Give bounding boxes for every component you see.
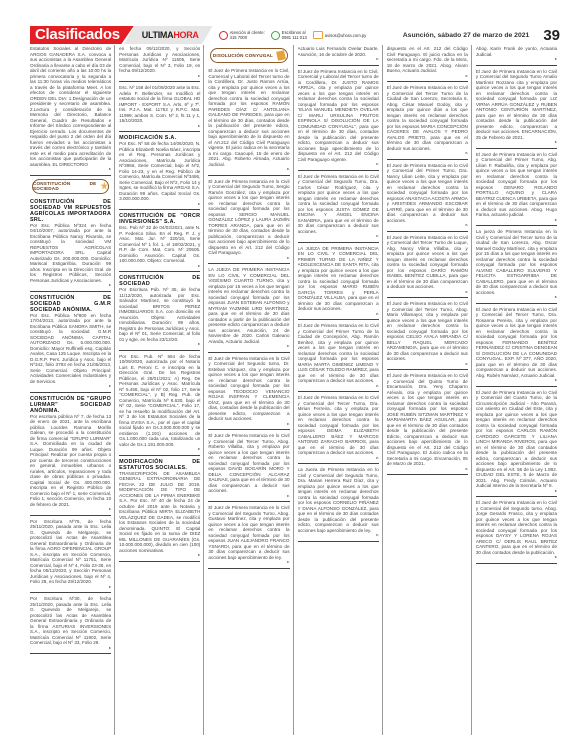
notice-body: El Juez de Primera Instancia en lo Civil…: [298, 174, 379, 235]
classifieds-columns: Estatutos Sociales al Directorio de ARGO…: [30, 45, 560, 735]
contact-phone: Atención al cliente:415 7000: [219, 30, 265, 40]
notice-tag: F.: [30, 283, 111, 289]
notice-tag: F.: [298, 57, 379, 63]
notice-tag: F.: [119, 202, 200, 208]
column-1: Estatutos Sociales al Directorio de ARGO…: [30, 45, 115, 735]
classified-notice: El Juez de Primera Instancia en lo Civil…: [387, 300, 468, 370]
notice-body: El Juez de Primera Instancia en lo Civil…: [476, 152, 557, 218]
notice-tag: F.: [30, 507, 111, 513]
whatsapp-icon: [271, 31, 280, 40]
mail-icon: [313, 31, 323, 39]
notice-body: Esc. Nº 158 del 01/09/2020 ante la Esc. …: [119, 85, 200, 124]
notice-body: Por Escritura Nº30, de fecha 25/11/2020,…: [30, 596, 111, 646]
notice-tag: F.: [30, 384, 111, 390]
notice-body: El Juez de Primera Instancia en lo Civil…: [476, 69, 557, 141]
notice-tag: F.: [119, 447, 200, 453]
section-header-disolucion: DISOLUCIÓN CONYUGAL: [210, 48, 287, 63]
star-icon: [100, 182, 108, 191]
notice-tag: F.: [30, 167, 111, 173]
notice-body: El Juez de Primera Instancia en lo Civil…: [298, 323, 379, 384]
classified-notice: en fecha 09/12/2020, y Sección Personas …: [119, 45, 200, 82]
column-5: dispuesto en el Art. 212 del Código Civi…: [387, 45, 472, 735]
notice-body: El Juez de Primera Instancia en lo Civil…: [387, 235, 468, 290]
notice-body: El Juez de Primera Instancia en lo Civil…: [298, 69, 379, 163]
notice-body: Por Esc. Pública Nº800 en fecha 17/04/20…: [30, 313, 111, 385]
classified-notice: El Juez de Primera Instancia en lo Civil…: [208, 178, 289, 265]
notice-heading: MODIFICACIÓN DE ESTATUTOS SOCIALES.: [119, 459, 200, 471]
classified-notice: Por Escritura Nº30, de fecha 25/11/2020,…: [30, 595, 111, 654]
notice-tag: F.: [208, 494, 289, 500]
classified-notice: El Juez de Primera Instancia en lo Civil…: [476, 499, 557, 564]
notice-tag: F.: [298, 456, 379, 462]
notice-tag: F.: [208, 256, 289, 262]
notice-body: El Juez de Primera Instancia en lo Civil…: [387, 85, 468, 151]
classified-notice: El Juez de Primera Instancia en lo Civil…: [476, 389, 557, 498]
notice-tag: F.: [208, 344, 289, 350]
notice-body: El Juez de Primera Instancia en lo Civil…: [208, 179, 289, 256]
notice-body: Por Esc. Pública Nº324 en fecha 04/10/20…: [30, 223, 111, 284]
classified-notice: CONSTITUCIÓN DE SOCIEDAD G.M.R SOCIEDAD …: [30, 294, 111, 393]
classified-notice: El Juez de Primera Instancia en lo Civil…: [387, 234, 468, 299]
notice-tag: F.: [387, 290, 468, 296]
notice-body: El Juez de Primera Instancia en lo Civil…: [298, 395, 379, 456]
classified-notice: LA JUEZA DE PRIMERA INSTANCIA EN LO CIVI…: [208, 266, 289, 353]
notice-tag: F.: [476, 489, 557, 495]
classified-notice: Actuario Luis Fernando Ovelar Duarte. As…: [298, 45, 379, 66]
section-title: Clasificados: [30, 26, 134, 44]
notice-body: El Juez de Primera Instancia en lo Civil…: [476, 390, 557, 489]
notice-body: LA JUEZA DE PRIMERA INSTANCIA EN LO CIVI…: [208, 267, 289, 344]
notice-tag: F.: [476, 57, 557, 63]
note-icon: [276, 50, 286, 60]
classified-notice: La Jueza de Primera Instancia en lo Civi…: [298, 466, 379, 542]
classified-notice: El Juez de Primera Instancia en lo Civil…: [298, 173, 379, 243]
notice-tag: F.: [119, 342, 200, 348]
notice-tag: F.: [476, 378, 557, 384]
notice-tag: F.: [298, 312, 379, 318]
classified-notice: El Juez de Primera Instancia en lo Civil…: [208, 67, 289, 176]
notice-tag: F.: [387, 467, 468, 473]
notice-heading: CONSTITUCIÓN DE "GRUPO LURMAR" SOCIEDAD …: [30, 396, 111, 414]
notice-body: LA JUEZA DE PRIMERA INSTANCIA EN LO CIVI…: [298, 246, 379, 312]
classified-notice: LA JUEZA DE PRIMERA INSTANCIA EN LO CIVI…: [298, 245, 379, 321]
classified-notice: El Juez de Primera Instancia en lo Civil…: [298, 394, 379, 464]
notice-body: Por Esc. Pub. Nº 564 de fecha 10/09/2020…: [119, 354, 200, 448]
notice-heading: CONSTITUCIÓN DE SOCIEDAD G.M.R SOCIEDAD …: [30, 295, 111, 313]
notice-heading: CONSTITUCIÓN DE "ORCR INVERSIONES" S.A.: [119, 213, 200, 225]
notice-tag: F.: [387, 74, 468, 80]
classified-notice: El Juez de Primera Instancia en lo Civil…: [387, 372, 468, 475]
notice-body: Por escritura pública Nº 7, de fecha 13 …: [30, 414, 111, 508]
notice-tag: F.: [208, 560, 289, 566]
classified-notice: El Juez de Primera Instancia en lo Civil…: [476, 151, 557, 227]
notice-tag: F.: [119, 124, 200, 130]
classified-notice: El Juez de Primera Instancia en lo Civil…: [476, 68, 557, 149]
notice-tag: F.: [119, 264, 200, 270]
notice-tag: F.: [119, 74, 200, 80]
notice-body: Por Escritura Púb. Nº 35, de fecha 11/12…: [119, 287, 200, 342]
notice-tag: F.: [208, 422, 289, 428]
notice-tag: F.: [119, 553, 200, 559]
classified-notice: El Juez de Primera Instancia en lo Civil…: [208, 355, 289, 431]
notice-tag: F.: [387, 362, 468, 368]
classified-notice: MODIFICACIÓN DE ESTATUTOS SOCIALES.TRANS…: [119, 458, 200, 562]
masthead: Clasificados ULTIMAHORA Atención al clie…: [30, 27, 560, 43]
notice-tag: F.: [298, 533, 379, 539]
notice-tag: F.: [30, 585, 111, 591]
notice-tag: F.: [476, 140, 557, 146]
dateline: Asunción, sábado 27 de marzo de 2021: [403, 32, 530, 39]
classified-notice: CONSTITUCIÓN DE SOCIEDADPor Escritura Pú…: [119, 274, 200, 351]
section-header-constitucion: CONSTITUCIÓN DE SOCIEDAD: [32, 179, 109, 194]
phone-icon: [219, 31, 228, 40]
classified-notice: CONSTITUCIÓN DE SOCIEDAD VM REPUESTOS AG…: [30, 198, 111, 292]
column-3: DISOLUCIÓN CONYUGALEl Juez de Primera In…: [208, 45, 293, 735]
column-6: Abog. Karin Frank de yunto, Actuaria Jud…: [476, 45, 560, 735]
notice-body: El Juez de Primera Instancia en lo Civil…: [387, 301, 468, 362]
notice-body: La jueza de Primera Instancia en lo Civi…: [476, 229, 557, 295]
classified-notice: Por Escritura Nº76, de fecha 25/11/2020,…: [30, 518, 111, 594]
notice-body: El Juez de Primera Instancia en lo Civil…: [208, 356, 289, 422]
notice-tag: F.: [298, 234, 379, 240]
notice-tag: F.: [30, 646, 111, 652]
notice-body: El Juez de Primera Instancia en lo Civil…: [476, 307, 557, 379]
notice-body: El Juez de Primera Instancia en lo Civil…: [387, 373, 468, 467]
notice-body: TRANSCRIPCIÓN DE ASAMBLEA GENERAL EXTRAO…: [119, 471, 200, 554]
notice-tag: F.: [298, 384, 379, 390]
classified-notice: La jueza de Primera Instancia en lo Civi…: [476, 228, 557, 304]
notice-heading: CONSTITUCIÓN DE SOCIEDAD: [119, 275, 200, 287]
notice-tag: F.: [208, 167, 289, 173]
notice-body: El Juez de Primera Instancia en lo Civil…: [208, 68, 289, 167]
notice-body: dispuesto en el Art. 212 del Código Civi…: [387, 46, 468, 74]
notice-body: El Juez de Primera Instancia en lo Civil…: [387, 163, 468, 224]
classified-notice: dispuesto en el Art. 212 del Código Civi…: [387, 45, 468, 82]
classified-notice: Abog. Karin Frank de yunto, Actuaria Jud…: [476, 45, 557, 66]
classified-notice: MODIFICACIÓN S.A.Por Esc. Nº 58 de fecha…: [119, 134, 200, 210]
notice-body: Actuario Luis Fernando Ovelar Duarte. As…: [298, 46, 379, 57]
notice-body: Por Escritura Nº76, de fecha 25/11/2020,…: [30, 519, 111, 585]
contact-email: avisos@uhora.com.py: [313, 31, 367, 39]
classified-notice: El Juez de Primera Instancia en lo Civil…: [298, 68, 379, 171]
column-2: en fecha 09/12/2020, y Sección Personas …: [119, 45, 204, 735]
classified-notice: El Juez de Primera Instancia en lo Civil…: [208, 504, 289, 569]
column-4: Actuario Luis Fernando Ovelar Duarte. As…: [298, 45, 383, 735]
publication-logo: ULTIMAHORA: [124, 26, 213, 44]
notice-heading: CONSTITUCIÓN DE SOCIEDAD VM REPUESTOS AG…: [30, 199, 111, 223]
classified-notice: Esc. Nº 158 del 01/09/2020 ante la Esc. …: [119, 84, 200, 132]
notice-body: Estatutos Sociales al Directorio de ARGO…: [30, 46, 111, 167]
notice-body: El Juez de Primera Instancia en lo Civil…: [208, 505, 289, 560]
classified-notice: El Juez de Primera Instancia en lo Civil…: [476, 306, 557, 387]
notice-tag: F.: [387, 223, 468, 229]
classified-notice: El Juez de Primera Instancia en lo Civil…: [208, 432, 289, 502]
notice-body: La Jueza de Primera Instancia en lo Civi…: [298, 467, 379, 533]
notice-body: Por Esc. Nº 58 de fecha 14/06/2020, N. P…: [119, 141, 200, 202]
classified-notice: CONSTITUCIÓN DE "GRUPO LURMAR" SOCIEDAD …: [30, 395, 111, 516]
notice-body: El Juez de Primera Instancia en lo Civil…: [476, 500, 557, 555]
contact-whatsapp: Escribinos al0981 111 013: [271, 30, 307, 40]
classified-notice: El Juez de Primera Instancia en lo Civil…: [298, 322, 379, 392]
notice-tag: F.: [476, 218, 557, 224]
notice-tag: F.: [476, 295, 557, 301]
classified-notice: El Juez de Primera Instancia en lo Civil…: [387, 84, 468, 160]
notice-body: en fecha 09/12/2020, y Sección Personas …: [119, 46, 200, 74]
notice-body: Esc. Pub Nº 32 de 04/02/2021, ante N. P.…: [119, 225, 200, 264]
notice-body: El Juez de Primera Instancia en lo Civil…: [208, 433, 289, 494]
classified-notice: Estatutos Sociales al Directorio de ARGO…: [30, 45, 111, 176]
classified-notice: Por Esc. Pub. Nº 564 de fecha 10/09/2020…: [119, 353, 200, 456]
page-number: 39: [543, 27, 560, 44]
notice-tag: F.: [387, 151, 468, 157]
notice-body: Abog. Karin Frank de yunto, Actuaria Jud…: [476, 46, 557, 57]
classified-notice: El Juez de Primera Instancia en lo Civil…: [387, 162, 468, 232]
notice-tag: F.: [298, 162, 379, 168]
classified-notice: CONSTITUCIÓN DE "ORCR INVERSIONES" S.A.E…: [119, 212, 200, 272]
notice-tag: F.: [476, 555, 557, 561]
